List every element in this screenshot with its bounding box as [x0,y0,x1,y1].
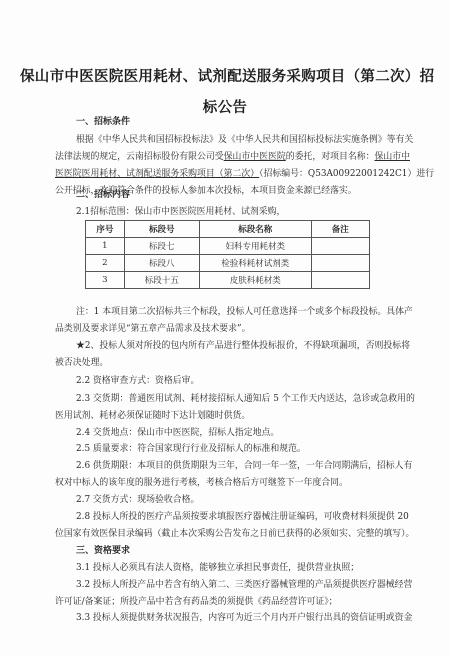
clause-2-5: 2.5 质量要求：符合国家现行行业及招标人的标准和规范。 [76,444,406,455]
section3-heading: 三、资格要求 [76,546,426,557]
text-segment: 的委托，对项目名称： [286,152,375,162]
text-segment: 法律法规的规定，云南招标股份有限公司受 [55,152,224,162]
cell-lot-name: 检验科耗材试剂类 [199,255,311,272]
scope-text: 2.1招标范围：保山市中医医院医用耗材、试剂采购， [76,207,426,218]
table-header-row: 序号 标段号 标段名称 备注 [86,221,370,238]
note1-line2: 品类别及要求详见“第五章产品需求及技术要求”。 [55,324,405,335]
clause-2-6-line2: 权对中标人的该年度的服务进行考核，考核合格后方可继签下一年度合同。 [55,478,405,489]
clause-3-1: 3.1 投标人必须具有法人资格，能够独立承担民事责任，提供营业执照； [76,563,406,574]
project-name-part1: 保山市中 [375,152,411,162]
note1-line1: 注：1 本项目第二次招标共三个标段，投标人可任意选择一个或多个标段投标。具体产 [76,307,406,318]
section1-para-line1: 根据《中华人民共和国招标投标法》及《中华人民共和国招标投标法实施条例》等有关 [76,135,406,146]
document-page: 保山市中医医院医用耗材、试剂配送服务采购项目（第二次）招 标公告 一、招标条件 … [0,0,450,656]
clause-2-3-line1: 2.3 交货期：普通医用试剂、耗材接招标人通知后 5 个工作天内送达，急诊或急救… [76,394,406,405]
cell-lot-no: 标段七 [124,238,199,255]
cell-lot-name: 皮肤科耗材类 [199,272,311,289]
cell-remark [311,238,369,255]
document-title-line2: 标公告 [20,96,430,117]
note2-line1: ★2、投标人须对所投的包内所有产品进行整体投标报价，不得缺项漏项，否则投标将 [76,341,406,352]
table-row: 3 标段十五 皮肤科耗材类 [86,272,370,289]
col-header-lot-no: 标段号 [124,221,199,238]
clause-2-2: 2.2 资格审查方式：资格后审。 [76,376,406,387]
cell-no: 2 [86,255,125,272]
clause-2-8-line2: 位国家有效医保目录编码（截止本次采购公告发布之日前已获得的必须如实、完整的填写）… [55,529,405,540]
section1-para-line3: 医医院医用耗材、试剂配送服务采购项目（第二次）（招标编号：Q53A0092200… [55,169,405,180]
clause-3-3-line1: 3.3 投标人须提供财务状况报告，内容可为近三个月内开户银行出具的资信证明或资金 [76,613,406,624]
col-header-remark: 备注 [311,221,369,238]
clause-3-2-line2: 许可证/备案证；所投产品中若含有药品类的须提供《药品经营许可证》； [55,597,405,608]
cell-remark [311,255,369,272]
cell-remark [311,272,369,289]
cell-no: 1 [86,238,125,255]
note2-line2: 被否决处理。 [55,358,405,369]
clause-3-2-line1: 3.2 投标人所投产品中若含有纳入第二、三类医疗器械管理的产品须提供医疗器械经营 [76,580,406,591]
cell-lot-name: 妇科专用耗材类 [199,238,311,255]
cell-lot-no: 标段八 [124,255,199,272]
clause-2-3-line2: 医用试剂、耗材必须保证随时下达计划随时供货。 [55,411,405,422]
col-header-lot-name: 标段名称 [199,221,311,238]
section2-heading: 二、招标内容 [76,190,426,201]
tenderee-name: 保山市中医医院 [224,152,286,162]
lot-table: 序号 标段号 标段名称 备注 1 标段七 妇科专用耗材类 2 标段八 检验科耗材… [85,220,370,289]
section1-heading: 一、招标条件 [76,117,426,128]
table-row: 2 标段八 检验科耗材试剂类 [86,255,370,272]
cell-lot-no: 标段十五 [124,272,199,289]
col-header-no: 序号 [86,221,125,238]
cell-no: 3 [86,272,125,289]
section1-para-line2: 法律法规的规定，云南招标股份有限公司受保山市中医医院的委托，对项目名称：保山市中 [55,152,405,163]
clause-2-8-line1: 2.8 投标人所投的医疗产品须按要求填报医疗器械注册证编码，可收费材料须提供 2… [76,512,406,523]
project-name-part2: 医医院医用耗材、试剂配送服务采购项目（第二次） [55,169,259,179]
clause-2-7: 2.7 交货方式：现场验收合格。 [76,495,406,506]
clause-2-6-line1: 2.6 供货期限：本项目的供货期限为三年，合同一年一签，一年合同期满后，招标人有 [76,461,406,472]
table-row: 1 标段七 妇科专用耗材类 [86,238,370,255]
tender-number-text: （招标编号：Q53A00922001242C1）进行 [259,169,434,179]
document-title-line1: 保山市中医医院医用耗材、试剂配送服务采购项目（第二次）招 [20,65,430,86]
clause-2-4: 2.4 交货地点：保山市中医医院，招标人指定地点。 [76,428,406,439]
